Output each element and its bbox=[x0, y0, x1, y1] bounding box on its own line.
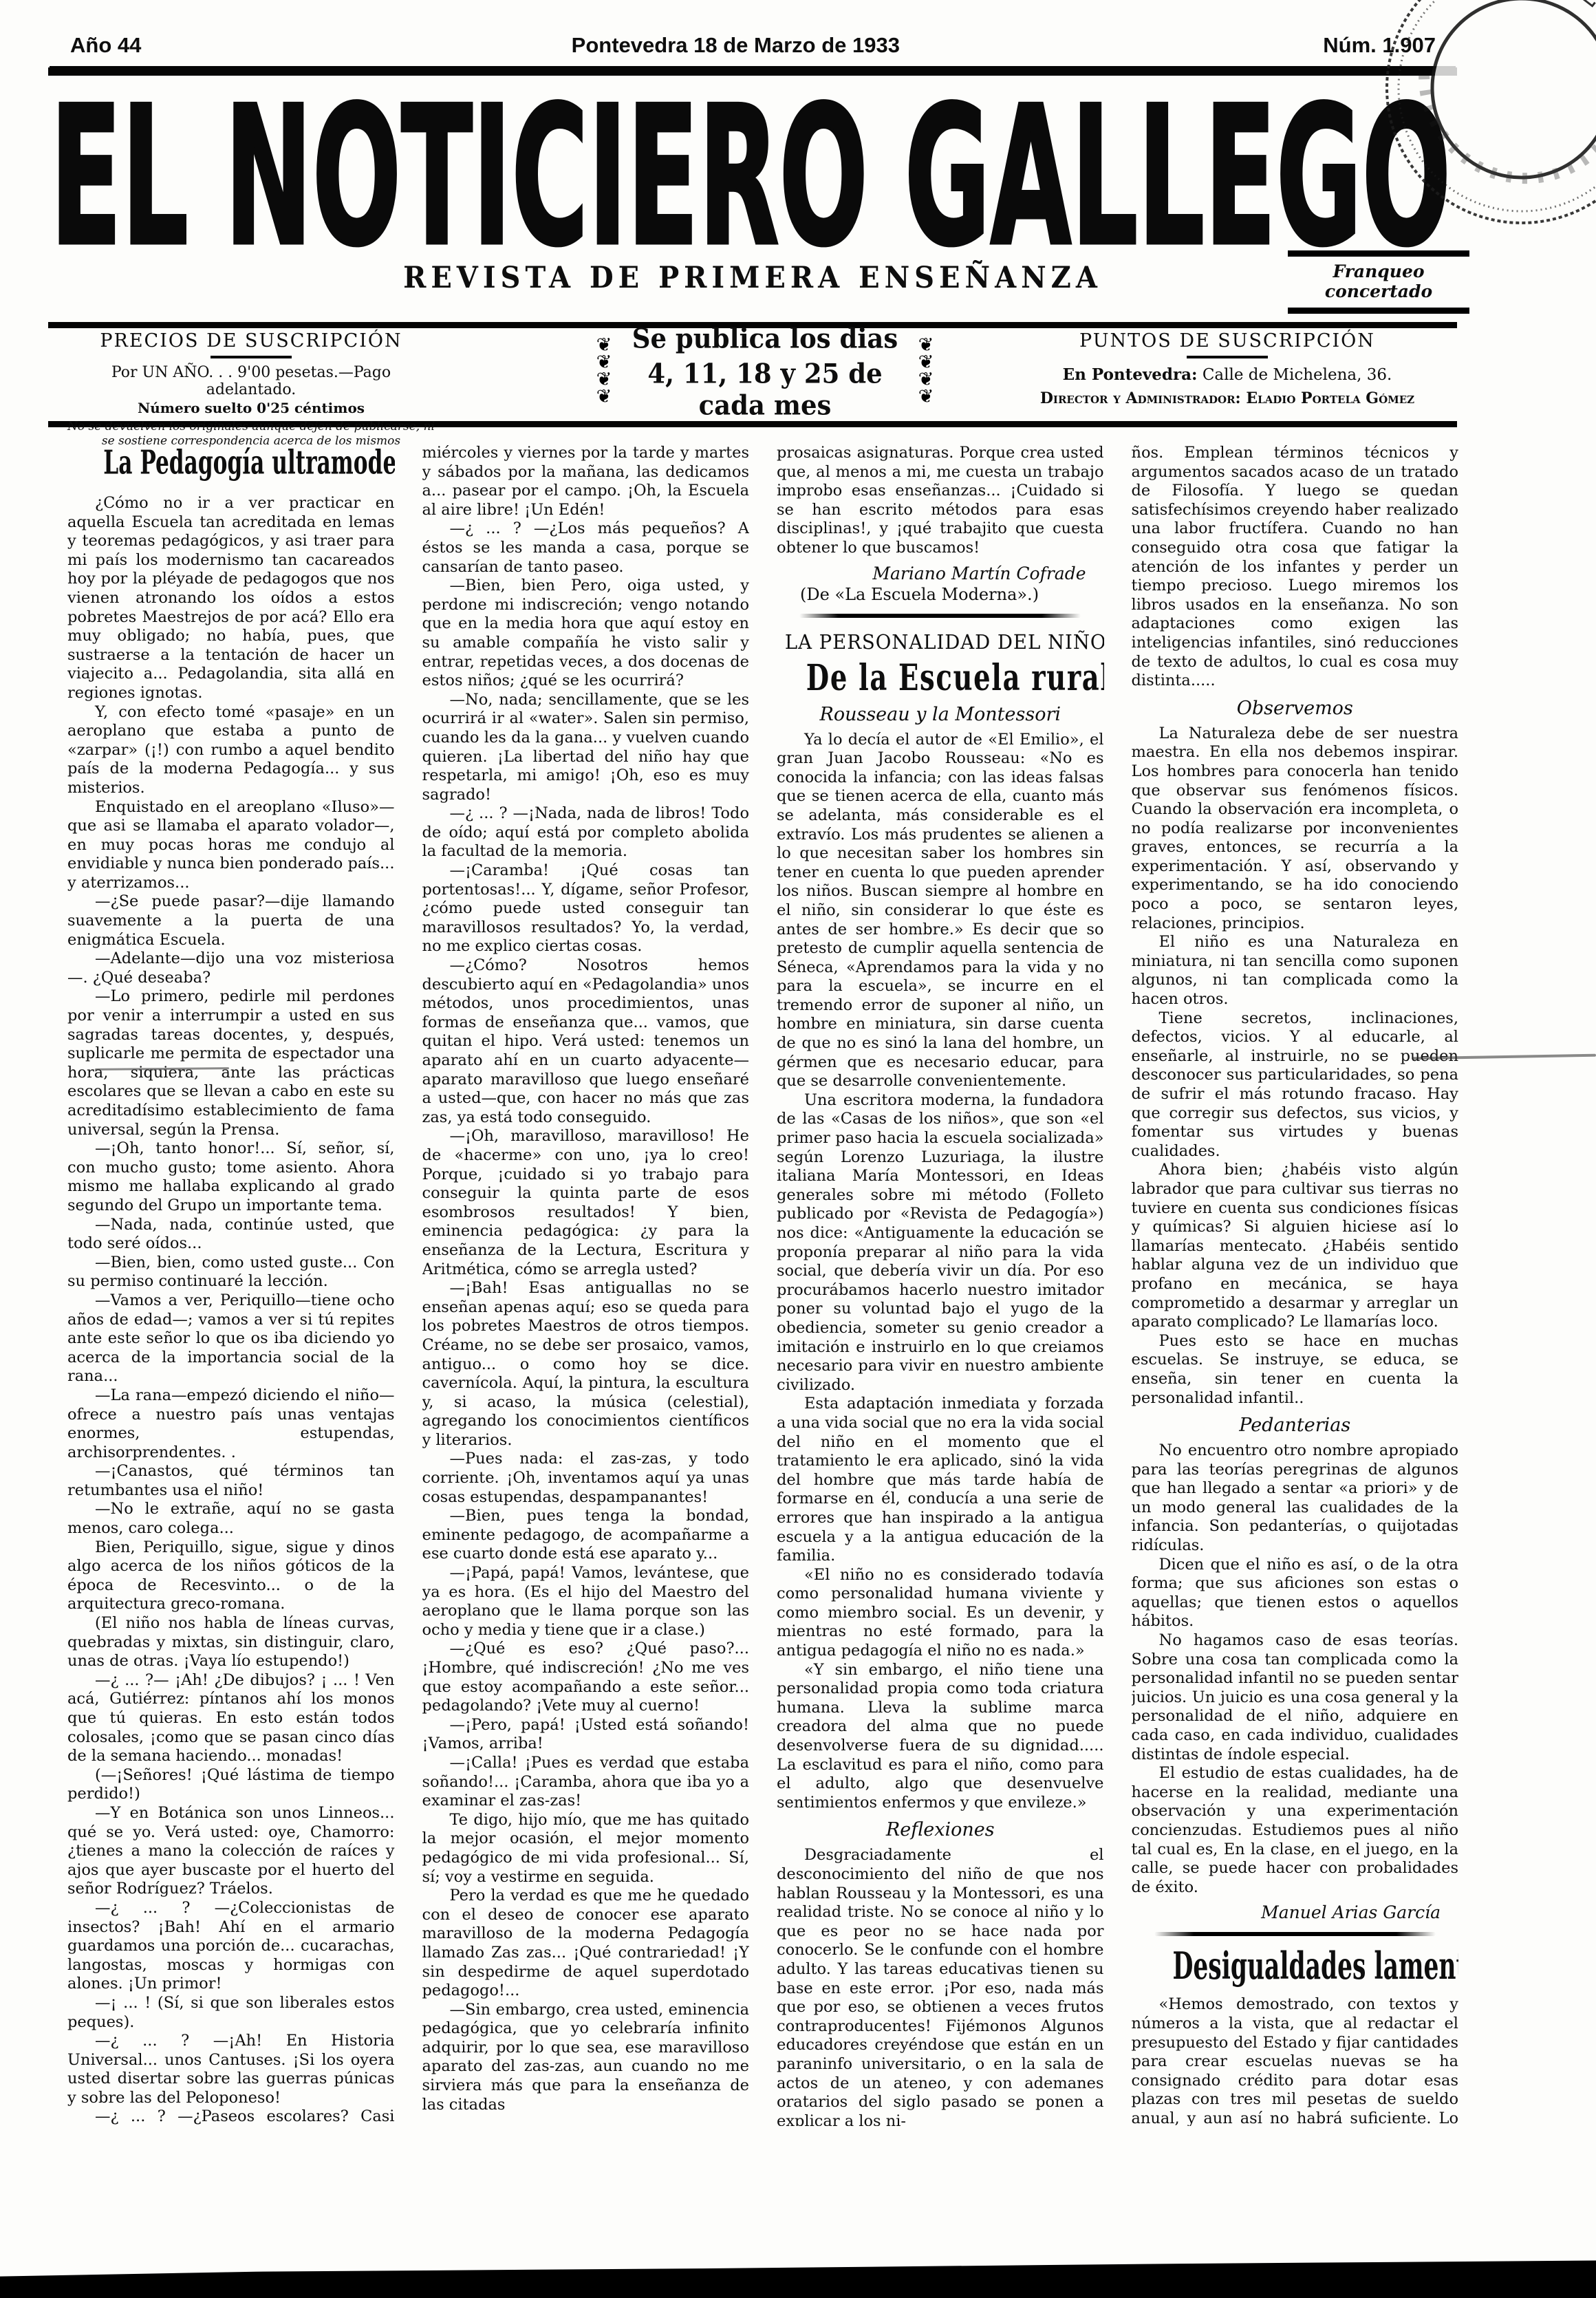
article-paragraph: —¡Calla! ¡Pues es verdad que estaba soña… bbox=[422, 1754, 750, 1811]
newspaper-page: { "header": { "edition_year": "Año 44", … bbox=[0, 0, 1596, 2298]
article-paragraph: No encuentro otro nombre apropiado para … bbox=[1132, 1441, 1459, 1556]
article-paragraph: —¿Se puede pasar?—dije llamando suavemen… bbox=[67, 892, 395, 949]
publication-days-block: ❦ ❦ ❦ ❦ Se publica los dias 4, 11, 18 y … bbox=[590, 326, 940, 417]
prices-title: PRECIOS DE SUSCRIPCIÓN bbox=[65, 330, 437, 352]
article-paragraph: —¿ ... ?— ¡Ah! ¿De dibujos? ¡ ... ! Ven … bbox=[67, 1671, 395, 1766]
floral-ornament-icon: ❦ bbox=[596, 389, 612, 406]
header-rule bbox=[48, 67, 1457, 76]
article-paragraph: «Y sin embargo, el niño tiene una person… bbox=[777, 1661, 1104, 1813]
article-paragraph: Una escritora moderna, la fundadora de l… bbox=[777, 1091, 1104, 1395]
article-paragraph: —¿Qué es eso? ¿Qué paso?... ¡Hombre, qué… bbox=[422, 1640, 750, 1715]
article-paragraph: —¡Caramba! ¡Qué cosas tan portentosas!..… bbox=[422, 861, 750, 956]
article-paragraph: —Lo primero, pedirle mil perdones por ve… bbox=[67, 987, 395, 1139]
article-paragraph: —Sin embargo, crea usted, eminencia peda… bbox=[422, 2001, 750, 2115]
subscription-prices-block: PRECIOS DE SUSCRIPCIÓN Por UN AÑO. . . 9… bbox=[65, 330, 437, 449]
article-paragraph: Pero la verdad es que me he quedado con … bbox=[422, 1887, 750, 2001]
ornament-column-left: ❦ ❦ ❦ ❦ bbox=[590, 337, 618, 405]
publication-days-line2: 4, 11, 18 y 25 de cada mes bbox=[618, 358, 912, 421]
article-paragraph: «Hemos demostrado, con textos y números … bbox=[1132, 1995, 1459, 2126]
section-divider bbox=[799, 614, 1081, 618]
article-paragraph: —¿ ... ? —¿Coleccionistas de insectos? ¡… bbox=[67, 1899, 395, 1994]
price-single: Número suelto 0'25 céntimos bbox=[65, 400, 437, 416]
masthead-text: EL NOTICIERO GALLEGO bbox=[50, 95, 1451, 252]
franqueo-box: Franqueo concertado bbox=[1288, 250, 1469, 314]
article-paragraph: —¡Pero, papá! ¡Usted está soñando! ¡Vamo… bbox=[422, 1716, 750, 1754]
author-signature: Mariano Martín Cofrade bbox=[777, 563, 1104, 583]
points-address-label: En Pontevedra: bbox=[1063, 365, 1198, 384]
article-paragraph: ños. Emplean términos técnicos y argumen… bbox=[1132, 444, 1459, 691]
article-paragraph: La Naturaleza debe de ser nuestra maestr… bbox=[1132, 724, 1459, 934]
article-paragraph: El niño es una Naturaleza en miniatura, … bbox=[1132, 933, 1459, 1009]
article-paragraph: —No le extrañe, aquí no se gasta menos, … bbox=[67, 1500, 395, 1538]
edition-year: Año 44 bbox=[70, 33, 141, 58]
article-paragraph: —La rana—empezó diciendo el niño—ofrece … bbox=[67, 1386, 395, 1462]
article-title: La Pedagogía ultramoderna... bbox=[103, 444, 358, 482]
stamp-inner-circle bbox=[1407, 0, 1596, 203]
article-paragraph: El estudio de estas cualidades, ha de ha… bbox=[1132, 1764, 1459, 1897]
ornament-column-right: ❦ ❦ ❦ ❦ bbox=[912, 337, 940, 405]
article-paragraph: —¿ ... ? —¿Los más pequeños? A éstos se … bbox=[422, 519, 750, 577]
scan-edge-band bbox=[0, 2258, 1596, 2298]
newspaper-column-3: prosaicas asignaturas. Porque crea usted… bbox=[777, 444, 1104, 2126]
article-paragraph: «El niño no es considerado todavía como … bbox=[777, 1566, 1104, 1661]
article-paragraph: —Adelante—dijo una voz misteriosa—. ¿Qué… bbox=[67, 949, 395, 987]
article-paragraph: Dicen que el niño es así, o de la otra f… bbox=[1132, 1556, 1459, 1631]
masthead-title: EL NOTICIERO GALLEGO bbox=[48, 95, 1456, 252]
postal-stamp: PUBLICA bbox=[1370, 0, 1596, 239]
article-columns: La Pedagogía ultramoderna...¿Cómo no ir … bbox=[67, 444, 1458, 2126]
section-subhead: Rousseau y la Montessori bbox=[777, 704, 1104, 725]
article-paragraph: —¿Cómo? Nosotros hemos descubierto aquí … bbox=[422, 956, 750, 1127]
section-subhead: Reflexiones bbox=[777, 1819, 1104, 1840]
article-paragraph: —¡Canastos, qué términos tan retumbantes… bbox=[67, 1462, 395, 1500]
points-address: En Pontevedra: Calle de Michelena, 36. bbox=[996, 365, 1458, 384]
source-credit: (De «La Escuela Moderna».) bbox=[777, 585, 1104, 604]
article-paragraph: ¿Cómo no ir a ver practicar en aquella E… bbox=[67, 494, 395, 703]
article-paragraph: Ya lo decía el autor de «El Emilio», el … bbox=[777, 731, 1104, 1091]
article-paragraph: Desgraciadamente el desconocimiento del … bbox=[777, 1846, 1104, 2126]
subscription-points-block: PUNTOS DE SUSCRIPCIÓN En Pontevedra: Cal… bbox=[996, 330, 1458, 407]
article-paragraph: —¿ ... ? —¡Ah! En Historia Universal... … bbox=[67, 2032, 395, 2107]
newspaper-subtitle: REVISTA DE PRIMERA ENSEÑANZA bbox=[48, 260, 1457, 295]
newspaper-column-4: ños. Emplean términos técnicos y argumen… bbox=[1132, 444, 1459, 2126]
article-paragraph: —Y en Botánica son unos Linneos... qué s… bbox=[67, 1804, 395, 1899]
article-paragraph: Enquistado en el areoplano «Iluso»—que a… bbox=[67, 798, 395, 893]
article-paragraph: —Bien, bien Pero, oiga usted, y perdone … bbox=[422, 577, 750, 691]
article-paragraph: —Nada, nada, continúe usted, que todo se… bbox=[67, 1216, 395, 1254]
newspaper-column-1: La Pedagogía ultramoderna...¿Cómo no ir … bbox=[67, 444, 395, 2126]
section-divider bbox=[1154, 1932, 1436, 1936]
article-paragraph: Bien, Periquillo, sigue, sigue y dinos a… bbox=[67, 1538, 395, 1614]
article-paragraph: Tiene secretos, inclinaciones, defectos,… bbox=[1132, 1009, 1459, 1161]
article-paragraph: —¡ ... ! (Sí, si que son liberales estos… bbox=[67, 1994, 395, 2032]
article-paragraph: Ahora bien; ¿habéis visto algún labrador… bbox=[1132, 1161, 1459, 1331]
publication-days-line1: Se publica los dias bbox=[618, 323, 912, 354]
article-paragraph: (El niño nos habla de líneas curvas, que… bbox=[67, 1614, 395, 1671]
article-paragraph: —¡Oh, tanto honor!... Sí, señor, sí, con… bbox=[67, 1139, 395, 1215]
dateline: Pontevedra 18 de Marzo de 1933 bbox=[572, 33, 900, 58]
article-title: De la Escuela rural bbox=[806, 656, 1075, 699]
article-paragraph: prosaicas asignaturas. Porque crea usted… bbox=[777, 444, 1104, 558]
article-paragraph: —¡Oh, maravilloso, maravilloso! He de «h… bbox=[422, 1127, 750, 1279]
newspaper-column-2: miércoles y viernes por la tarde y marte… bbox=[422, 444, 750, 2126]
price-year: Por UN AÑO. . . 9'00 pesetas.—Pago adela… bbox=[65, 364, 437, 398]
article-paragraph: —Vamos a ver, Periquillo—tiene ocho años… bbox=[67, 1291, 395, 1386]
article-kicker: LA PERSONALIDAD DEL NIÑO bbox=[785, 630, 1096, 654]
article-paragraph: —Pues nada: el zas-zas, y todo corriente… bbox=[422, 1450, 750, 1507]
director-line: Director y Administrador: Eladio Portela… bbox=[996, 389, 1458, 407]
article-paragraph: —¿ ... ? —¡Nada, nada de libros! Todo de… bbox=[422, 804, 750, 861]
points-title: PUNTOS DE SUSCRIPCIÓN bbox=[996, 330, 1458, 352]
issue-info-bar: Año 44 Pontevedra 18 de Marzo de 1933 Nú… bbox=[69, 33, 1455, 63]
mini-rule bbox=[211, 356, 292, 358]
article-paragraph: —Bien, pues tenga la bondad, eminente pe… bbox=[422, 1507, 750, 1564]
article-paragraph: (—¡Señores! ¡Qué lástima de tiempo perdi… bbox=[67, 1766, 395, 1804]
article-paragraph: —¡Papá, papá! Vamos, levántese, que ya e… bbox=[422, 1564, 750, 1640]
section-subhead: Pedanterias bbox=[1132, 1415, 1459, 1436]
article-paragraph: —No, nada; sencillamente, que se les ocu… bbox=[422, 691, 750, 805]
article-title: Desigualdades lamentables bbox=[1172, 1944, 1418, 1988]
floral-ornament-icon: ❦ bbox=[918, 389, 934, 406]
article-paragraph: miércoles y viernes por la tarde y marte… bbox=[422, 444, 750, 519]
article-paragraph: No hagamos caso de esas teorías. Sobre u… bbox=[1132, 1631, 1459, 1764]
article-paragraph: Pues esto se hace en muchas escuelas. Se… bbox=[1132, 1332, 1459, 1408]
article-paragraph: —Bien, bien, como usted guste... Con su … bbox=[67, 1254, 395, 1291]
author-signature: Manuel Arias García bbox=[1132, 1902, 1459, 1922]
article-paragraph: Te digo, hijo mío, que me has quitado la… bbox=[422, 1811, 750, 1887]
article-paragraph: Y, con efecto tomé «pasaje» en un aeropl… bbox=[67, 703, 395, 798]
points-address-value: Calle de Michelena, 36. bbox=[1198, 366, 1392, 384]
mini-rule bbox=[1187, 356, 1268, 358]
section-subhead: Observemos bbox=[1132, 698, 1459, 719]
article-paragraph: —¡Bah! Esas antiguallas no se enseñan ap… bbox=[422, 1279, 750, 1450]
article-paragraph: —¿ ... ? —¿Paseos escolares? Casi siempr… bbox=[67, 2107, 395, 2126]
article-paragraph: Esta adaptación inmediata y forzada a un… bbox=[777, 1395, 1104, 1565]
